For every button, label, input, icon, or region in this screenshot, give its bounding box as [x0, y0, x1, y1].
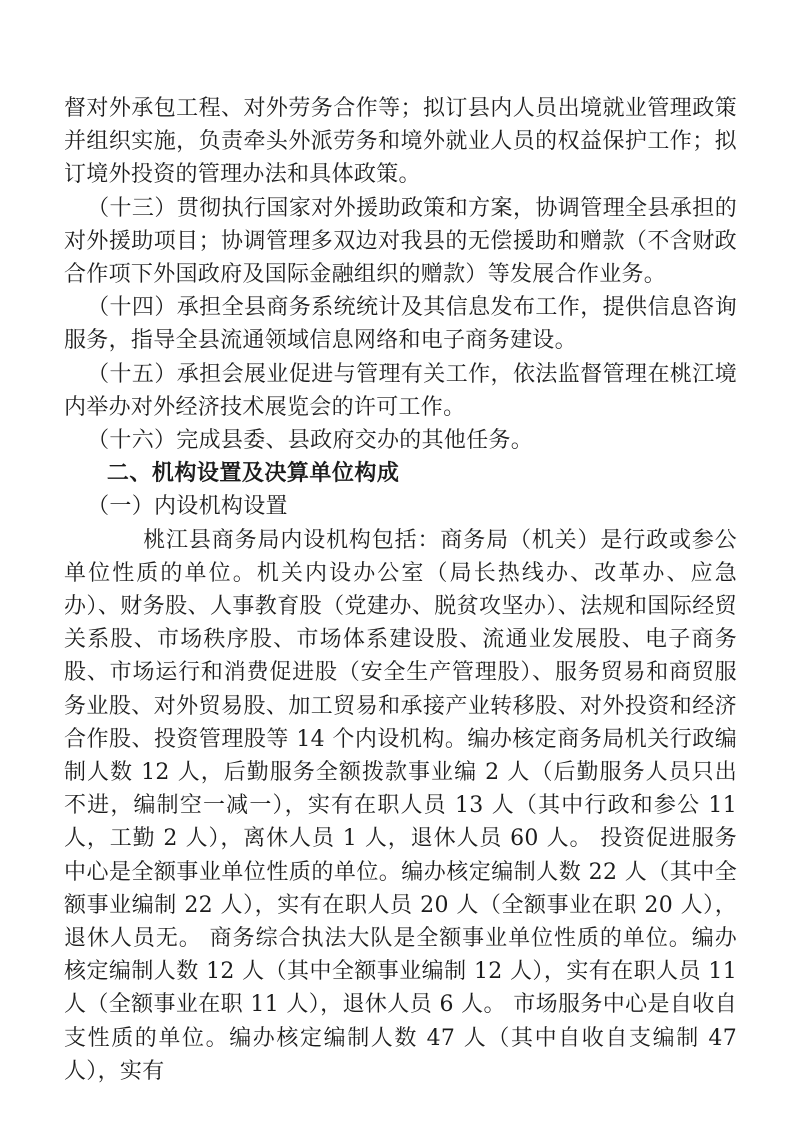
paragraph-organization-details: 桃江县商务局内设机构包括：商务局（机关）是行政或参公单位性质的单位。机关内设办公…: [64, 524, 737, 1088]
section-heading-organization: 二、机构设置及决算单位构成: [64, 457, 737, 490]
paragraph-item-13: （十三）贯彻执行国家对外援助政策和方案，协调管理全县承担的对外援助项目；协调管理…: [64, 192, 737, 292]
document-page: 督对外承包工程、对外劳务合作等；拟订县内人员出境就业管理政策并组织实施，负责牵头…: [0, 0, 800, 1131]
paragraph-item-16: （十六）完成县委、县政府交办的其他任务。: [64, 424, 737, 457]
paragraph-item-14: （十四）承担全县商务系统统计及其信息发布工作，提供信息咨询服务，指导全县流通领域…: [64, 291, 737, 357]
document-body: 督对外承包工程、对外劳务合作等；拟订县内人员出境就业管理政策并组织实施，负责牵头…: [64, 92, 737, 1088]
paragraph-continuation: 督对外承包工程、对外劳务合作等；拟订县内人员出境就业管理政策并组织实施，负责牵头…: [64, 92, 737, 192]
paragraph-item-15: （十五）承担会展业促进与管理有关工作，依法监督管理在桃江境内举办对外经济技术展览…: [64, 358, 737, 424]
subsection-heading-internal-setup: （一）内设机构设置: [64, 490, 737, 523]
